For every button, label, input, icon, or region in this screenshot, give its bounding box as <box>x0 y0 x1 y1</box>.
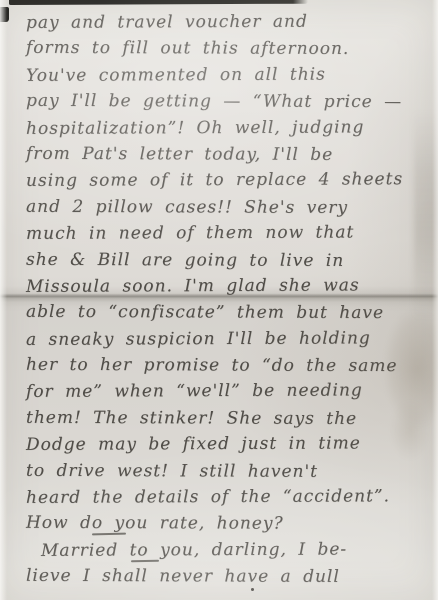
paper-edge-left <box>0 0 7 600</box>
letter-line: forms to fill out this afternoon. <box>26 35 430 63</box>
letter-line: How do you rate, honey? <box>26 510 430 538</box>
letter-line: much in need of them now that <box>26 219 430 247</box>
letter-body: pay and travel voucher and forms to fill… <box>26 9 430 590</box>
letter-line: pay and travel voucher and <box>26 8 430 36</box>
letter-line: using some of it to replace 4 sheets <box>26 166 430 194</box>
letter-line: her to her promise to “do the same <box>26 352 430 380</box>
letter-line: heard the details of the “accident”. <box>26 483 430 511</box>
letter-line: lieve I shall never have a dull <box>26 563 430 591</box>
letter-line: for me” when “we'll” be needing <box>26 378 430 406</box>
letter-line: hospitalization”! Oh well, judging <box>26 114 430 142</box>
paper-edge-right <box>432 0 438 600</box>
letter-line: able to “confiscate” them but have <box>26 299 430 327</box>
letter-line: Married to you, darling, I be- <box>26 536 430 564</box>
letter-line: Missoula soon. I'm glad she was <box>26 272 430 300</box>
letter-page: pay and travel voucher and forms to fill… <box>0 0 438 600</box>
letter-line: Dodge may be fixed just in time <box>26 430 430 458</box>
ink-dot <box>251 588 254 591</box>
letter-line: she & Bill are going to live in <box>26 246 430 274</box>
letter-line: and 2 pillow cases!! She's very <box>26 194 430 222</box>
letter-line: to drive west! I still haven't <box>26 457 430 485</box>
letter-line: pay I'll be getting — “What price — <box>26 88 430 116</box>
letter-line: a sneaky suspicion I'll be holding <box>26 325 430 353</box>
letter-line: them! The stinker! She says the <box>26 405 430 433</box>
letter-line: You've commented on all this <box>26 61 430 89</box>
scan-edge-top <box>9 0 308 5</box>
letter-line: from Pat's letter today, I'll be <box>26 141 430 169</box>
